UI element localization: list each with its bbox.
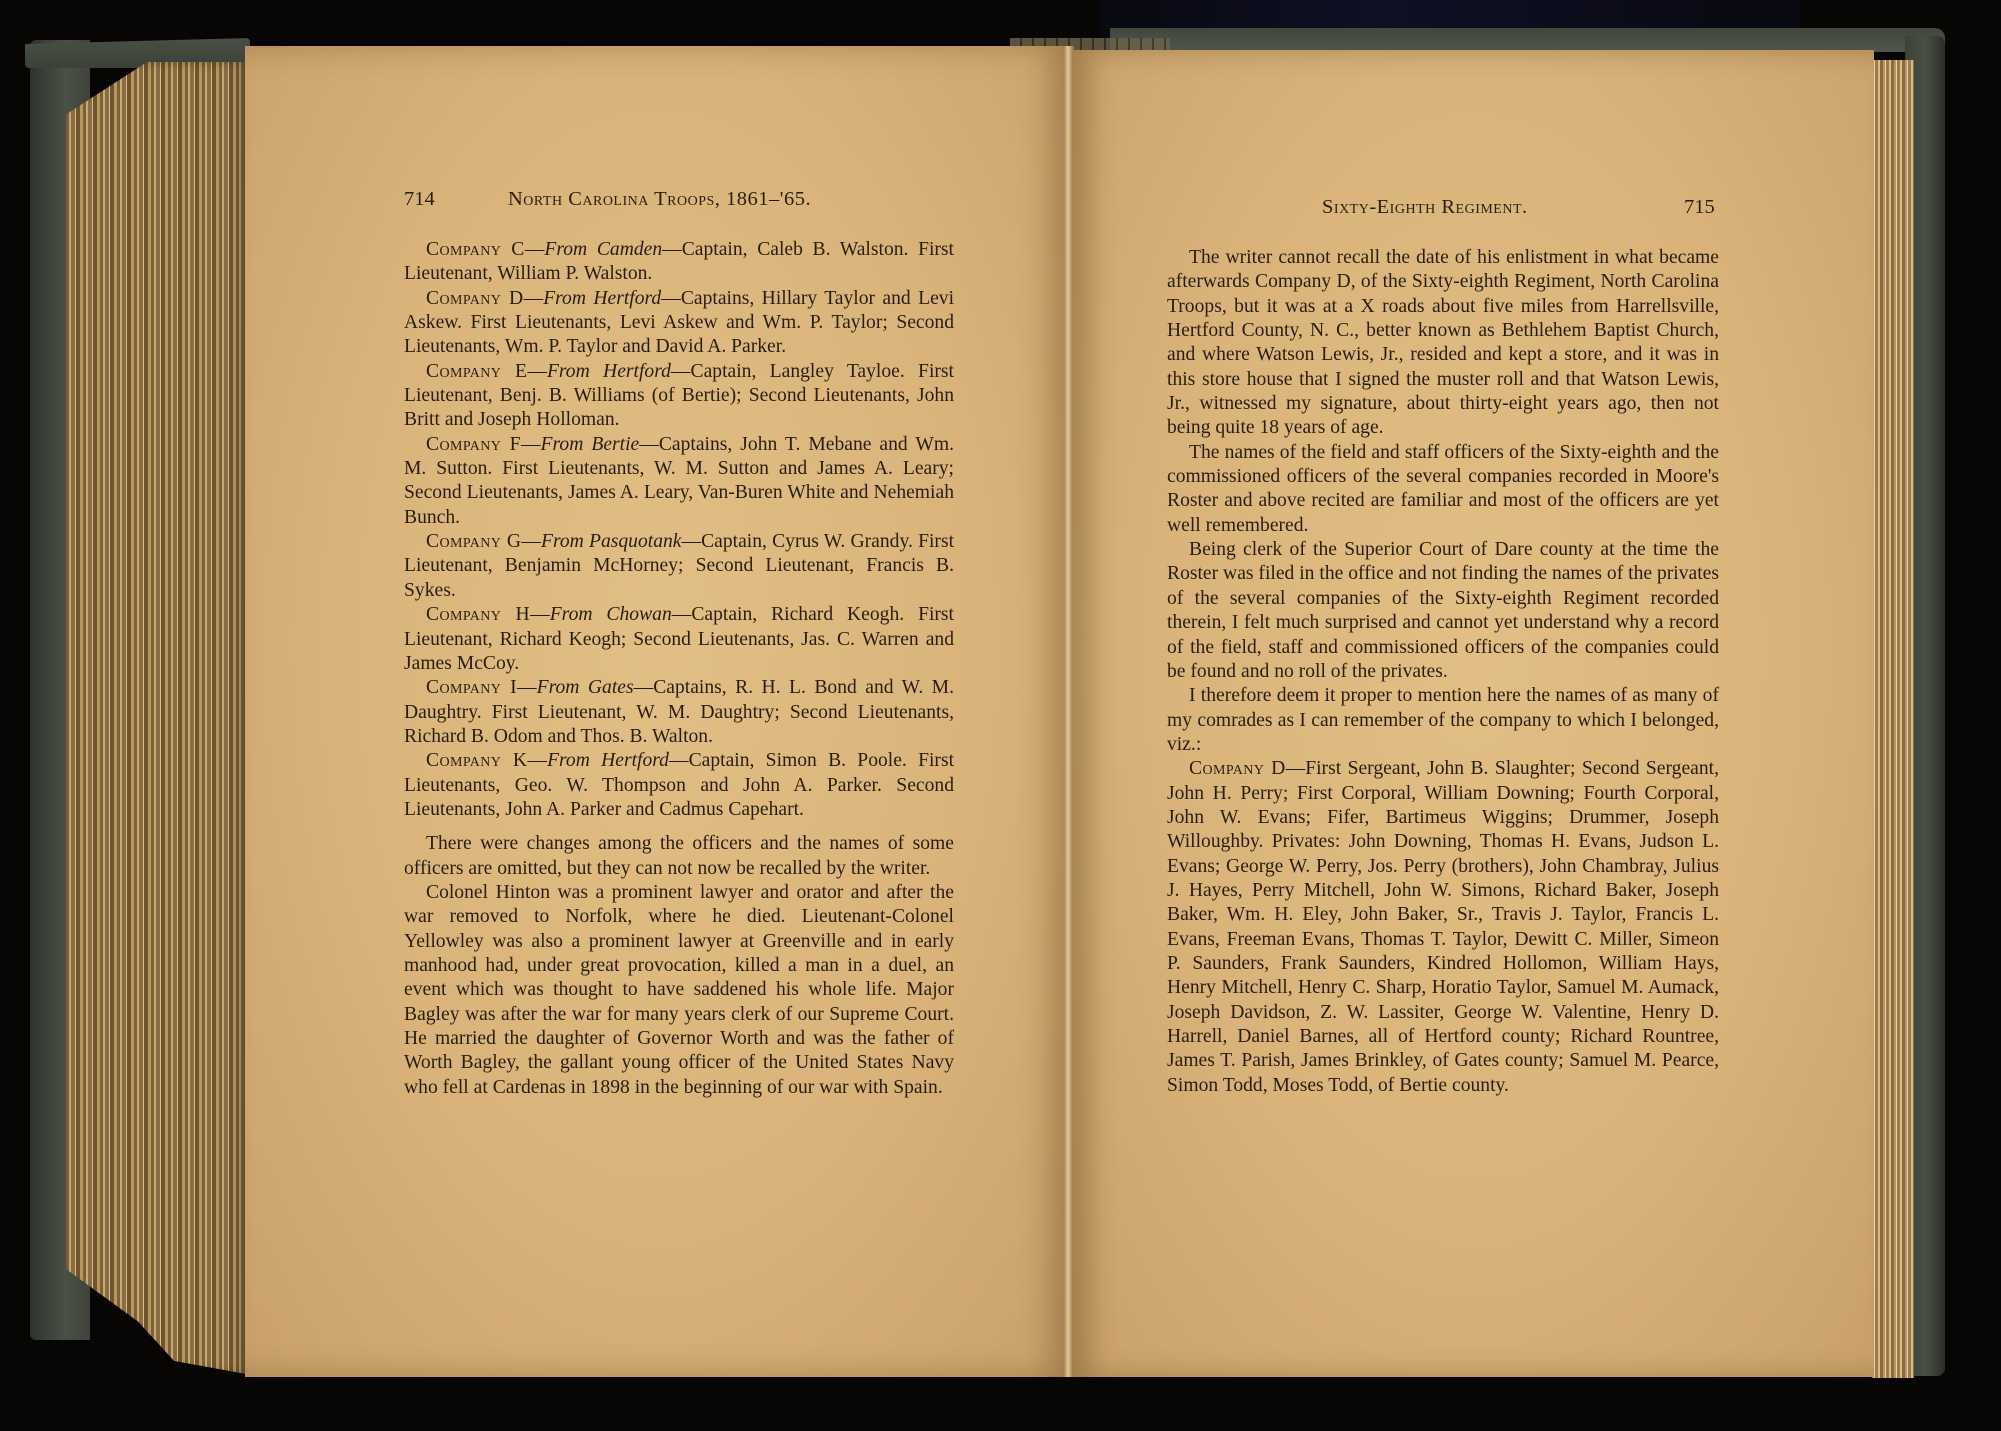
paragraph: I therefore deem it proper to mention he… <box>1167 684 1719 757</box>
roster-entry: Company D—First Sergeant, John B. Slaugh… <box>1167 757 1719 1098</box>
right-page-number: 715 <box>1684 196 1715 219</box>
right-running-head: Sixty-Eighth Regiment. <box>1322 196 1528 219</box>
right-page-body: The writer cannot recall the date of his… <box>1167 246 1719 1098</box>
company-entry: Company F—From Bertie—Captains, John T. … <box>404 433 954 530</box>
company-entry: Company C—From Camden—Captain, Caleb B. … <box>404 238 954 287</box>
left-page-number: 714 <box>404 188 435 211</box>
company-entry: Company H—From Chowan—Captain, Richard K… <box>404 603 954 676</box>
company-entry: Company I—From Gates—Captains, R. H. L. … <box>404 676 954 749</box>
left-running-head: North Carolina Troops, 1861–'65. <box>508 188 811 211</box>
paragraph: The names of the field and staff officer… <box>1167 441 1719 538</box>
paragraph: There were changes among the officers an… <box>404 832 954 881</box>
company-entry: Company K—From Hertford—Captain, Simon B… <box>404 749 954 822</box>
paragraph: Being clerk of the Superior Court of Dar… <box>1167 538 1719 684</box>
page-edges-right <box>1872 60 1914 1378</box>
book-cover-top-right <box>1110 28 1945 52</box>
company-entry: Company D—From Hertford—Captains, Hillar… <box>404 287 954 360</box>
company-entry: Company G—From Pasquotank—Captain, Cyrus… <box>404 530 954 603</box>
company-entry: Company E—From Hertford—Captain, Langley… <box>404 360 954 433</box>
left-page-body: Company C—From Camden—Captain, Caleb B. … <box>404 238 954 1100</box>
paragraph: The writer cannot recall the date of his… <box>1167 246 1719 441</box>
page-edges-left <box>66 62 246 1374</box>
paragraph: Colonel Hinton was a prominent lawyer an… <box>404 881 954 1100</box>
